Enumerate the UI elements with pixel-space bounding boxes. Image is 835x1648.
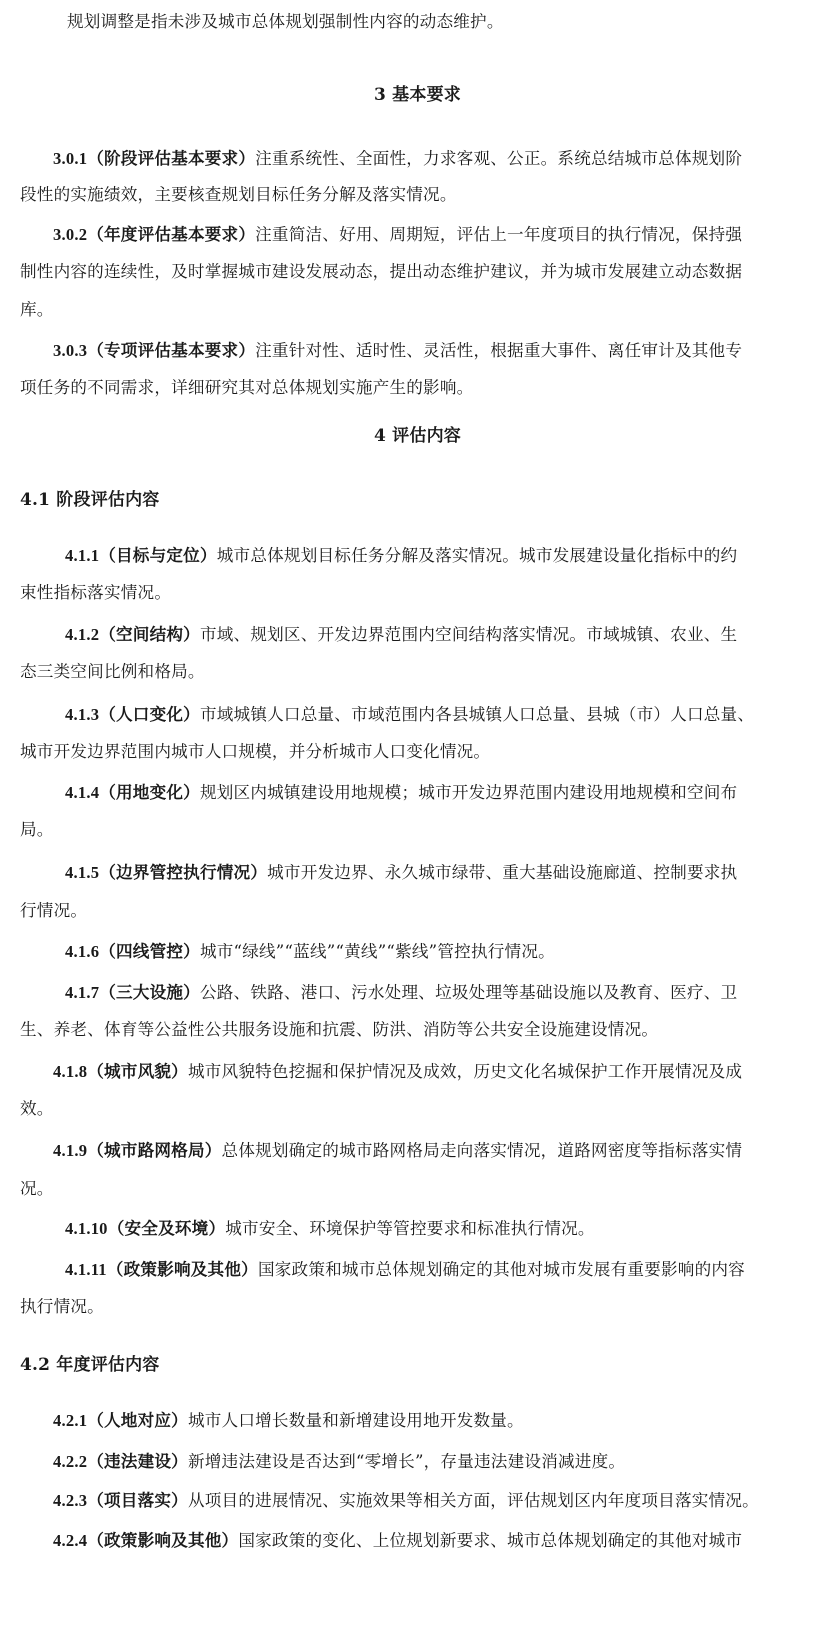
clause-4-1-3: 4.1.3（人口变化）市域城镇人口总量、市域范围内各县城镇人口总量、县城（市）人… bbox=[65, 703, 820, 726]
chapter-4-heading: 4 评估内容 bbox=[0, 425, 835, 447]
clause-4-1-8-cont: 效。 bbox=[20, 1098, 820, 1120]
clause-4-1-7-cont: 生、养老、体育等公益性公共服务设施和抗震、防洪、消防等公共安全设施建设情况。 bbox=[20, 1019, 820, 1041]
clause-4-1-7: 4.1.7（三大设施）公路、铁路、港口、污水处理、垃圾处理等基础设施以及教育、医… bbox=[65, 981, 820, 1004]
clause-4-1-8: 4.1.8（城市风貌）城市风貌特色挖掘和保护情况及成效，历史文化名城保护工作开展… bbox=[53, 1060, 820, 1083]
clause-3-0-3-cont: 项任务的不同需求，详细研究其对总体规划实施产生的影响。 bbox=[20, 377, 820, 399]
clause-3-0-2-cont: 制性内容的连续性，及时掌握城市建设发展动态，提出动态维护建议，并为城市发展建立动… bbox=[20, 261, 820, 283]
clause-4-1-5-cont: 行情况。 bbox=[20, 900, 820, 922]
clause-label: 4.1.10（安全及环境） bbox=[65, 1218, 225, 1238]
clause-3-0-3: 3.0.3（专项评估基本要求）注重针对性、适时性、灵活性，根据重大事件、离任审计… bbox=[53, 339, 820, 362]
clause-label: 4.1.11（政策影响及其他） bbox=[65, 1259, 258, 1279]
section-4-2-heading: 4.2 年度评估内容 bbox=[20, 1354, 820, 1376]
clause-4-1-11: 4.1.11（政策影响及其他）国家政策和城市总体规划确定的其他对城市发展有重要影… bbox=[65, 1258, 820, 1281]
clause-label: 3.0.3（专项评估基本要求） bbox=[53, 340, 255, 360]
clause-label: 4.1.8（城市风貌） bbox=[53, 1061, 188, 1081]
clause-4-1-2: 4.1.2（空间结构）市域、规划区、开发边界范围内空间结构落实情况。市域城镇、农… bbox=[65, 623, 820, 646]
clause-label: 4.1.5（边界管控执行情况） bbox=[65, 862, 267, 882]
clause-4-1-6: 4.1.6（四线管控）城市“绿线”“蓝线”“黄线”“紫线”管控执行情况。 bbox=[65, 940, 820, 963]
clause-label: 3.0.2（年度评估基本要求） bbox=[53, 224, 255, 244]
section-4-1-heading: 4.1 阶段评估内容 bbox=[20, 489, 820, 511]
clause-label: 4.2.1（人地对应） bbox=[53, 1410, 188, 1430]
clause-4-2-4: 4.2.4（政策影响及其他）国家政策的变化、上位规划新要求、城市总体规划确定的其… bbox=[53, 1529, 820, 1552]
clause-label: 4.1.3（人口变化） bbox=[65, 704, 200, 724]
clause-label: 4.2.4（政策影响及其他） bbox=[53, 1530, 238, 1550]
clause-3-0-1-cont: 段性的实施绩效，主要核查规划目标任务分解及落实情况。 bbox=[20, 184, 820, 206]
clause-label: 4.2.3（项目落实） bbox=[53, 1490, 188, 1510]
clause-4-1-9: 4.1.9（城市路网格局）总体规划确定的城市路网格局走向落实情况，道路网密度等指… bbox=[53, 1139, 820, 1162]
clause-label: 4.1.7（三大设施） bbox=[65, 982, 200, 1002]
clause-label: 3.0.1（阶段评估基本要求） bbox=[53, 148, 255, 168]
clause-label: 4.1.1（目标与定位） bbox=[65, 545, 217, 565]
clause-4-2-2: 4.2.2（违法建设）新增违法建设是否达到“零增长”，存量违法建设消减进度。 bbox=[53, 1450, 820, 1473]
clause-label: 4.1.2（空间结构） bbox=[65, 624, 200, 644]
clause-4-1-1-cont: 束性指标落实情况。 bbox=[20, 582, 820, 604]
clause-4-1-11-cont: 执行情况。 bbox=[20, 1296, 820, 1318]
chapter-3-heading: 3 基本要求 bbox=[0, 84, 835, 106]
clause-4-1-5: 4.1.5（边界管控执行情况）城市开发边界、永久城市绿带、重大基础设施廊道、控制… bbox=[65, 861, 820, 884]
clause-4-1-1: 4.1.1（目标与定位）城市总体规划目标任务分解及落实情况。城市发展建设量化指标… bbox=[65, 544, 820, 567]
clause-3-0-2-cont2: 库。 bbox=[20, 299, 820, 321]
clause-4-1-3-cont: 城市开发边界范围内城市人口规模，并分析城市人口变化情况。 bbox=[20, 741, 820, 763]
clause-4-2-3: 4.2.3（项目落实）从项目的进展情况、实施效果等相关方面，评估规划区内年度项目… bbox=[53, 1489, 820, 1512]
clause-4-2-1: 4.2.1（人地对应）城市人口增长数量和新增建设用地开发数量。 bbox=[53, 1409, 820, 1432]
clause-4-1-10: 4.1.10（安全及环境）城市安全、环境保护等管控要求和标准执行情况。 bbox=[65, 1217, 820, 1240]
clause-3-0-2: 3.0.2（年度评估基本要求）注重简洁、好用、周期短，评估上一年度项目的执行情况… bbox=[53, 223, 820, 246]
clause-label: 4.1.6（四线管控） bbox=[65, 941, 200, 961]
clause-4-1-4-cont: 局。 bbox=[20, 819, 820, 841]
clause-4-1-4: 4.1.4（用地变化）规划区内城镇建设用地规模；城市开发边界范围内建设用地规模和… bbox=[65, 781, 820, 804]
clause-label: 4.1.9（城市路网格局） bbox=[53, 1140, 222, 1160]
clause-4-1-9-cont: 况。 bbox=[20, 1178, 820, 1200]
clause-label: 4.1.4（用地变化） bbox=[65, 782, 200, 802]
intro-paragraph: 规划调整是指未涉及城市总体规划强制性内容的动态维护。 bbox=[67, 11, 835, 33]
clause-label: 4.2.2（违法建设） bbox=[53, 1451, 188, 1471]
clause-3-0-1: 3.0.1（阶段评估基本要求）注重系统性、全面性，力求客观、公正。系统总结城市总… bbox=[53, 147, 820, 170]
clause-4-1-2-cont: 态三类空间比例和格局。 bbox=[20, 661, 820, 683]
